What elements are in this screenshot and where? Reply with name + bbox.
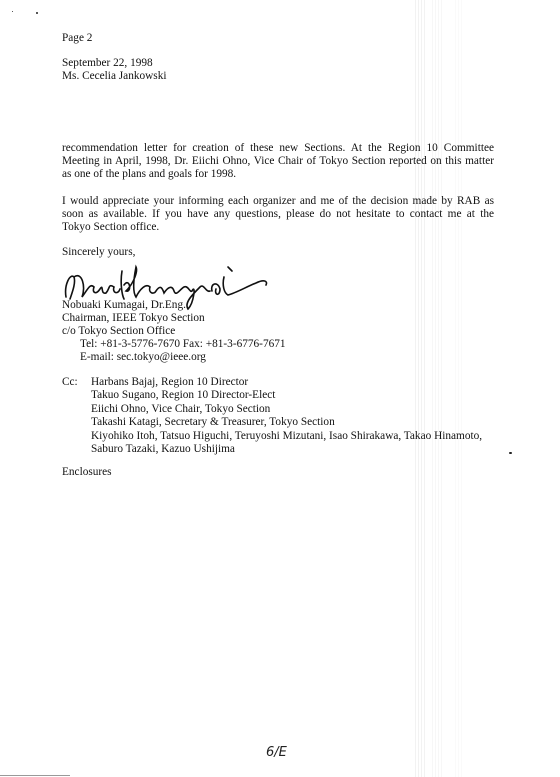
scan-speck <box>12 11 13 12</box>
paragraph-line: I would appreciate your informing each o… <box>62 195 494 208</box>
paragraph-line: soon as available. If you have any quest… <box>62 208 494 221</box>
signer-name: Nobuaki Kumagai, Dr.Eng. <box>62 299 186 312</box>
paragraph-line: Tokyo Section office. <box>62 221 494 234</box>
signer-office: c/o Tokyo Section Office <box>62 325 175 338</box>
body-paragraph-2: I would appreciate your informing each o… <box>62 195 494 235</box>
scan-speck <box>509 452 512 454</box>
recipient-name: Ms. Cecelia Jankowski <box>62 70 166 83</box>
cc-entry: Harbans Bajaj, Region 10 Director <box>91 376 482 389</box>
cc-entry: Takuo Sugano, Region 10 Director-Elect <box>91 389 482 402</box>
paragraph-line: as one of the plans and goals for 1998. <box>62 168 494 181</box>
page-label: Page 2 <box>62 32 92 45</box>
enclosures-label: Enclosures <box>62 466 112 479</box>
body-paragraph-1: recommendation letter for creation of th… <box>62 142 494 182</box>
signer-title: Chairman, IEEE Tokyo Section <box>62 312 205 325</box>
phone-fax: Tel: +81-3-5776-7670 Fax: +81-3-6776-767… <box>80 338 286 351</box>
cc-entry: Takashi Katagi, Secretary & Treasurer, T… <box>91 416 482 429</box>
email-address: E-mail: sec.tokyo@ieee.org <box>80 351 206 364</box>
paragraph-line: recommendation letter for creation of th… <box>62 142 494 155</box>
cc-label: Cc: <box>62 376 78 389</box>
scan-edge-rule <box>0 775 70 776</box>
cc-entry: Eiichi Ohno, Vice Chair, Tokyo Section <box>91 403 482 416</box>
scan-speck <box>36 12 38 14</box>
cc-list: Harbans Bajaj, Region 10 Director Takuo … <box>91 376 482 456</box>
handwritten-note: 6/E <box>266 745 287 760</box>
letter-date: September 22, 1998 <box>62 57 153 70</box>
cc-entry: Kiyohiko Itoh, Tatsuo Higuchi, Teruyoshi… <box>91 430 482 443</box>
closing: Sincerely yours, <box>62 246 135 259</box>
cc-entry: Saburo Tazaki, Kazuo Ushijima <box>91 443 482 456</box>
paragraph-line: Meeting in April, 1998, Dr. Eiichi Ohno,… <box>62 155 494 168</box>
